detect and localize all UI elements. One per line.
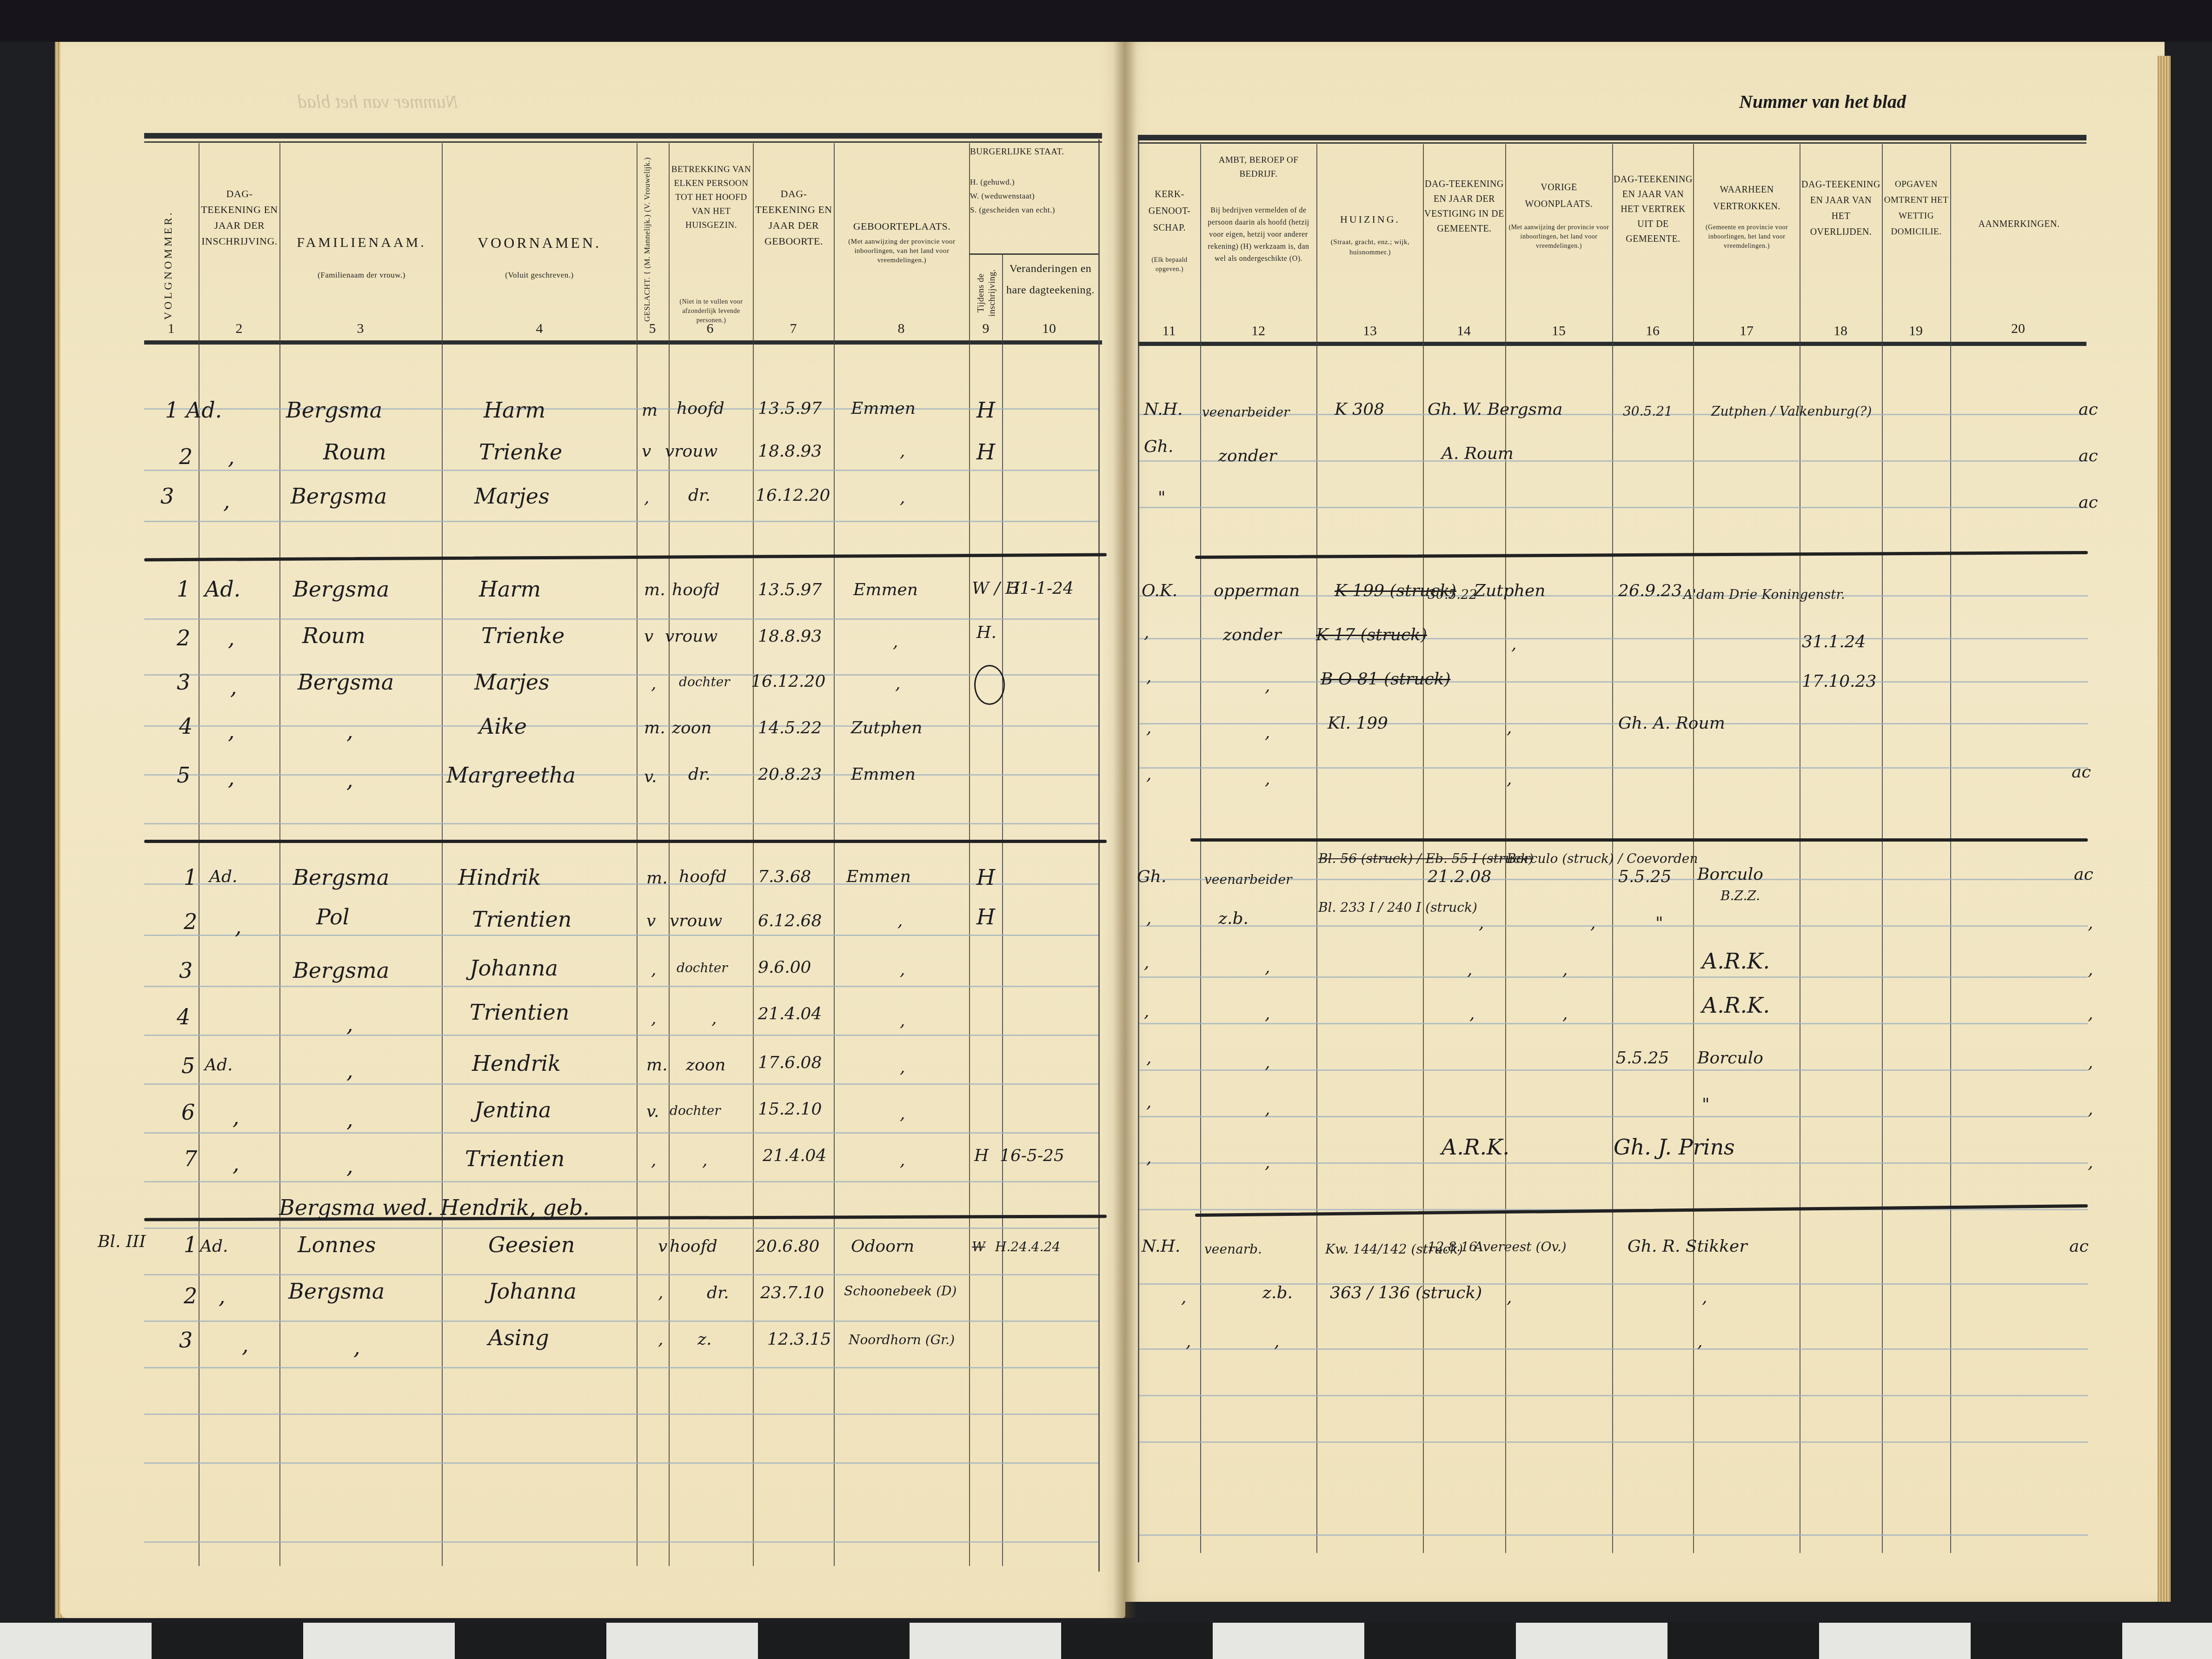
header-bottom-rule-left <box>144 340 1102 345</box>
entry-inschrijving: , <box>232 1104 239 1129</box>
header-col8-note: (Met aanwijzing der provincie voor inboo… <box>836 237 968 265</box>
entry-geslacht: v. <box>644 767 657 786</box>
entry-betrekking: dr. <box>688 765 711 784</box>
entry-aanmerking: ac <box>2069 1237 2089 1256</box>
entry-staat: H <box>976 904 995 929</box>
header-col2: DAG-TEEKENING EN JAAR DER INSCHRIJVING. <box>200 186 279 249</box>
entry-huizing: B O 81 (struck) <box>1321 670 1451 689</box>
header-col1: VOLGNOMMER. <box>160 191 176 339</box>
col-number: 6 <box>696 321 724 337</box>
row-line <box>144 674 1098 676</box>
row-line <box>1139 1023 2088 1024</box>
col-line <box>1612 144 1613 1553</box>
row-line <box>144 1083 1098 1085</box>
header-col17-note: (Gemeente en provincie voor inboorlingen… <box>1694 223 1799 251</box>
row-line <box>144 1367 1098 1368</box>
header-col15: VORIGE WOONPLAATS. <box>1507 179 1611 212</box>
col-line <box>669 143 670 1566</box>
col-number: 2 <box>225 321 253 337</box>
entry-familienaam: Bergsma <box>288 1279 385 1304</box>
entry-geboorte: 20.6.80 <box>756 1237 819 1256</box>
col-line <box>1950 144 1951 1553</box>
entry-geboorteplaats: , <box>900 488 905 507</box>
entry-aanmerking: ac <box>2079 446 2098 465</box>
entry-beroep: , <box>1265 1004 1270 1023</box>
entry-geboorteplaats: Emmen <box>851 765 916 784</box>
header-col13: HUIZING. <box>1318 212 1422 227</box>
margin-note: Bl. III <box>98 1232 146 1251</box>
entry-geboorte: 7.3.68 <box>758 867 811 886</box>
entry-voornamen: Jentina <box>474 1097 551 1122</box>
entry-staat: H <box>976 439 995 465</box>
entry-vorige: , <box>1590 914 1595 933</box>
entry-kerk: , <box>1146 667 1151 686</box>
entry-familienaam: Pol <box>316 904 350 929</box>
entry-kerk: , <box>1144 623 1149 642</box>
col-number: 4 <box>525 321 553 337</box>
entry-familienaam: Bergsma <box>293 958 389 983</box>
entry-betrekking: dr. <box>707 1283 729 1302</box>
entry-geboorteplaats: , <box>900 442 905 461</box>
entry-nr: 3 <box>160 484 174 509</box>
row-line <box>1139 767 2088 769</box>
entry-inschrijving: , <box>235 914 242 939</box>
row-line <box>144 1132 1098 1134</box>
entry-geboorteplaats: , <box>895 674 900 693</box>
page-edges-right <box>2158 56 2171 1602</box>
entry-geboorte: 14.5.22 <box>758 718 822 737</box>
entry-geslacht: v <box>658 1237 667 1256</box>
row-line <box>144 1321 1098 1322</box>
entry-betrekking: vrouw <box>665 627 717 646</box>
entry-inschrijving: , <box>228 718 235 743</box>
entry-kerk: , <box>1146 1148 1151 1168</box>
entry-betrekking: dochter <box>679 674 730 690</box>
col-number: 12 <box>1244 323 1272 339</box>
header-top-thin-right <box>1138 142 2086 144</box>
col-number: 13 <box>1356 323 1384 339</box>
col-line <box>1098 139 1100 1572</box>
entry-familienaam: , <box>346 1107 353 1132</box>
entry-voornamen: Trientien <box>465 1146 565 1171</box>
book-gutter <box>1114 42 1137 1618</box>
row-line <box>144 1462 1098 1464</box>
sheet-number-label: Nummer van het blad <box>1739 91 1906 113</box>
header-col8: GEBOORTEPLAATS. <box>836 219 968 234</box>
entry-familienaam: , <box>346 1153 353 1178</box>
header-col4-note: (Voluit geschreven.) <box>444 270 635 281</box>
entry-voornamen: Hindrik <box>458 865 541 890</box>
ghost-title-bleedthrough: Nummer van het blad <box>298 91 458 113</box>
col-number: 20 <box>2004 321 2032 337</box>
entry-voornamen: Johanna <box>470 956 558 981</box>
entry-geslacht: , <box>658 1283 663 1302</box>
entry-nr: 5 <box>177 763 190 788</box>
entry-familienaam: Bergsma <box>286 398 382 423</box>
entry-kerk: N.H. <box>1144 400 1182 419</box>
entry-geslacht: , <box>651 1151 656 1170</box>
entry-geboorteplaats: , <box>900 1151 905 1170</box>
entry-waarheen: Zutphen / Valkenburg(?) <box>1711 404 1872 419</box>
col-number: 18 <box>1827 323 1854 339</box>
col-number: 10 <box>1035 321 1063 337</box>
entry-aanmerking: , <box>2088 914 2093 933</box>
book-cover-top <box>0 0 2212 42</box>
header-col10: Veranderingen en hare dagteekening. <box>1003 258 1097 301</box>
entry-staat-change: H.24.4.24 <box>995 1239 1060 1254</box>
col-number: 8 <box>887 321 915 337</box>
entry-aanmerking: ac <box>2072 763 2091 782</box>
col-line <box>279 143 280 1566</box>
col-line <box>1800 144 1800 1553</box>
col-number: 14 <box>1450 323 1478 339</box>
entry-vertrek: " <box>1655 914 1663 933</box>
entry-nr: 1 <box>177 577 190 602</box>
row-line <box>144 883 1098 885</box>
entry-nr: 1 <box>184 1232 197 1257</box>
entry-geslacht: m. <box>646 869 668 888</box>
entry-huizing: K 17 (struck) <box>1316 625 1427 644</box>
entry-geboorteplaats: , <box>900 960 905 979</box>
entry-waarheen: A'dam Drie Koningenstr. <box>1683 587 1845 602</box>
header-col17: WAARHEEN VERTROKKEN. <box>1694 181 1799 215</box>
entry-geboorte: 9.6.00 <box>758 958 811 977</box>
entry-inschrijving: , <box>230 674 237 699</box>
row-line <box>144 725 1098 727</box>
entry-waarheen: Borculo <box>1697 865 1763 884</box>
entry-voornamen: Trienke <box>481 623 565 648</box>
entry-nr: 4 <box>177 1004 190 1029</box>
entry-geboorteplaats: , <box>893 632 898 651</box>
entry-familienaam: , <box>346 718 353 743</box>
col-line <box>442 143 443 1566</box>
entry-waarheen: Gh. R. Stikker <box>1627 1237 1747 1256</box>
entry-vertrek: 5.5.25 <box>1616 1048 1669 1068</box>
col-line <box>637 143 638 1566</box>
row-line <box>144 823 1098 824</box>
header-col6: BETREKKING VAN ELKEN PERSOON TOT HET HOO… <box>671 163 752 232</box>
entry-beroep: , <box>1265 1153 1270 1172</box>
row-line <box>1139 1441 2088 1443</box>
entry-familienaam: , <box>353 1334 360 1360</box>
entry-geboorte: 21.4.04 <box>758 1004 822 1023</box>
entry-voornamen: Asing <box>488 1325 549 1350</box>
header-col16: DAG-TEEKENING EN JAAR VAN HET VERTREK UI… <box>1614 172 1693 246</box>
entry-nr: 7 <box>184 1146 197 1171</box>
entry-geboorteplaats: , <box>900 1058 905 1077</box>
entry-aanmerking: , <box>2088 1053 2093 1072</box>
header-col3: FAMILIENAAM. <box>281 235 442 251</box>
entry-vorige: Borculo (struck) / Coevorden <box>1507 851 1698 866</box>
burgerlijke-staat-divider <box>969 253 1098 255</box>
entry-voornamen: Harm <box>479 577 541 602</box>
entry-geboorte: 13.5.97 <box>758 399 822 418</box>
entry-kerk: " <box>1158 488 1166 507</box>
entry-geslacht: v <box>644 627 653 646</box>
burgerlijke-staat-legend-s: S. (gescheiden van echt.) <box>970 205 1098 216</box>
entry-nr: 2 <box>177 625 190 650</box>
entry-waarheen: A.R.K. <box>1702 993 1770 1018</box>
entry-voornamen: Trienke <box>479 439 562 465</box>
block-heading: Bergsma wed. Hendrik, geb. <box>279 1195 590 1220</box>
entry-nr: 3 <box>177 670 190 695</box>
row-line <box>144 774 1098 776</box>
entry-vestiging: , <box>1507 770 1512 789</box>
entry-geboorte: 18.8.93 <box>758 442 822 461</box>
entry-inschrijving: Ad. <box>205 1055 233 1075</box>
row-line <box>1139 1534 2088 1536</box>
entry-geslacht: , <box>651 960 656 979</box>
col-number: 7 <box>779 321 807 337</box>
entry-beroep: z.b. <box>1262 1283 1293 1302</box>
entry-inschrijving: , <box>228 625 235 650</box>
entry-betrekking: vrouw <box>665 442 717 461</box>
header-top-thin-left <box>144 141 1102 143</box>
entry-inschrijving: , <box>219 1283 226 1308</box>
entry-vertrek: 30.5.21 <box>1623 404 1673 419</box>
entry-nr: 2 <box>179 444 193 469</box>
entry-waarheen: , <box>1702 1288 1707 1307</box>
entry-betrekking: vrouw <box>670 911 722 930</box>
entry-aanmerking: , <box>2088 1100 2093 1119</box>
entry-inschrijving: Ad. <box>186 398 222 423</box>
row-line <box>1139 925 2088 927</box>
entry-betrekking: hoofd <box>670 1237 717 1256</box>
entry-geboorteplaats: , <box>897 911 903 930</box>
header-col13-note: (Straat, gracht, enz.; wijk, huisnommer.… <box>1318 237 1422 258</box>
entry-betrekking: hoofd <box>672 580 720 599</box>
entry-vestiging: 21.2.08 <box>1428 867 1491 886</box>
header-col9: Tijdens de inschrijving. <box>976 260 998 325</box>
entry-geslacht: , <box>651 674 656 693</box>
entry-geboorteplaats: Emmen <box>846 867 911 886</box>
entry-kerk: , <box>1186 1332 1191 1351</box>
header-col20: AANMERKINGEN. <box>1952 219 2086 230</box>
entry-staat: H <box>976 398 995 423</box>
entry-vorige: , <box>1562 960 1568 979</box>
entry-familienaam: Lonnes <box>298 1232 376 1257</box>
col-number: 3 <box>346 321 374 337</box>
entry-geboorteplaats: Odoorn <box>851 1237 914 1256</box>
entry-familienaam: Bergsma <box>293 577 389 602</box>
entry-beroep: veenarbeider <box>1202 405 1289 420</box>
row-line <box>144 1541 1098 1543</box>
entry-staat: H <box>976 865 995 890</box>
entry-vorige: Zutphen <box>1474 581 1545 600</box>
entry-vorige: Avereest (Ov.) <box>1474 1239 1567 1254</box>
entry-betrekking: dr. <box>688 486 711 505</box>
header-top-rule-right <box>1138 135 2086 140</box>
entry-aanmerking: , <box>2088 960 2093 979</box>
entry-overlijden: 17.10.23 <box>1802 672 1876 691</box>
entry-vestiging: , <box>1507 1288 1512 1307</box>
entry-nr: 2 <box>184 909 197 934</box>
entry-kerk: , <box>1146 1093 1151 1112</box>
row-line <box>144 986 1098 987</box>
col-number: 16 <box>1639 323 1667 339</box>
entry-geslacht: m. <box>644 580 665 599</box>
entry-betrekking: hoofd <box>677 399 724 418</box>
header-col3-note: (Familienaam der vrouw.) <box>281 270 442 281</box>
header-col11: KERK-GENOOT-SCHAP. <box>1139 186 1200 236</box>
entry-huizing: 363 / 136 (struck) <box>1330 1283 1482 1302</box>
entry-geboorteplaats: , <box>900 1104 905 1123</box>
entry-beroep: , <box>1265 1053 1270 1072</box>
entry-geboorteplaats: Noordhorn (Gr.) <box>849 1332 955 1347</box>
header-col19: OPGAVEN OMTRENT HET WETTIG DOMICILIE. <box>1883 177 1949 240</box>
entry-vorige: Gh. W. Bergsma <box>1428 400 1563 419</box>
row-line <box>144 935 1098 936</box>
row-line <box>144 1228 1098 1229</box>
entry-beroep: veenarb. <box>1204 1241 1262 1257</box>
header-col14: DAG-TEEKENING EN JAAR DER VESTIGING IN D… <box>1424 177 1504 236</box>
col-line <box>199 143 199 1566</box>
header-col5: GESLACHT. { (M. Mannelijk.) (V. Vrouweli… <box>642 146 653 332</box>
family-block-separator <box>144 840 1107 843</box>
header-col7: DAG-TEEKENING EN JAAR DER GEBOORTE. <box>754 186 833 249</box>
col-line <box>1316 144 1317 1553</box>
col-number: 11 <box>1155 323 1183 339</box>
entry-vestiging: , <box>1479 914 1484 933</box>
row-line <box>1139 1069 2088 1071</box>
row-line <box>1139 1116 2088 1117</box>
entry-geboorte: 12.3.15 <box>767 1330 831 1349</box>
entry-geboorte: 23.7.10 <box>760 1283 824 1302</box>
entry-voornamen: Hendrik <box>472 1051 561 1076</box>
entry-betrekking: z. <box>697 1330 711 1349</box>
col-number: 15 <box>1545 323 1573 339</box>
calibration-checkerboard <box>0 1623 2212 1659</box>
entry-geboorte: 6.12.68 <box>758 911 822 930</box>
entry-waarheen: B.Z.Z. <box>1720 888 1760 903</box>
entry-geboorteplaats: Zutphen <box>851 718 922 737</box>
entry-geboorteplaats: , <box>900 1011 905 1030</box>
entry-beroep: , <box>1265 958 1270 977</box>
row-line <box>1139 723 2088 724</box>
row-line <box>144 1181 1098 1182</box>
entry-familienaam: Bergsma <box>298 670 394 695</box>
entry-voornamen: Johanna <box>488 1279 577 1304</box>
entry-staat-change: 31-1-24 <box>1009 579 1074 598</box>
entry-nr: 1 <box>165 398 179 423</box>
entry-voornamen: Trientien <box>470 1000 569 1025</box>
right-page <box>1125 42 2165 1602</box>
entry-geboorte: 20.8.23 <box>758 765 822 784</box>
entry-aanmerking: ac <box>2079 493 2098 512</box>
entry-huizing: Kl. 199 <box>1328 714 1388 733</box>
entry-voornamen: Harm <box>484 398 545 423</box>
col-number: 1 <box>157 321 185 337</box>
header-col15-note: (Met aanwijzing der provincie voor inboo… <box>1507 223 1611 251</box>
entry-beroep: zonder <box>1223 625 1281 644</box>
entry-kerk: , <box>1144 953 1149 972</box>
entry-familienaam: , <box>346 767 353 792</box>
entry-betrekking: , <box>711 1009 717 1028</box>
entry-kerk: , <box>1146 718 1151 737</box>
entry-geslacht: , <box>658 1330 663 1349</box>
entry-beroep: , <box>1265 770 1270 789</box>
entry-geslacht: v. <box>646 1102 659 1121</box>
entry-inschrijving: , <box>228 765 235 790</box>
entry-vestiging: 30.5.22 <box>1428 587 1477 602</box>
entry-geboorte: 16.12.20 <box>751 672 825 691</box>
row-line <box>1139 638 2088 639</box>
row-line <box>144 470 1098 471</box>
entry-kerk: , <box>1181 1288 1186 1307</box>
entry-vestiging: , <box>1507 718 1512 737</box>
row-line <box>144 1035 1098 1036</box>
entry-beroep: z.b. <box>1218 909 1249 928</box>
col-line <box>1693 144 1694 1553</box>
row-line <box>1139 681 2088 683</box>
entry-betrekking: zoon <box>686 1055 726 1075</box>
entry-betrekking: zoon <box>672 718 712 737</box>
entry-voornamen: Marjes <box>474 670 550 695</box>
entry-betrekking: hoofd <box>679 867 727 886</box>
entry-staat: H. <box>976 623 996 642</box>
entry-familienaam: Roum <box>323 439 386 465</box>
entry-inschrijving: , <box>228 444 235 469</box>
entry-aanmerking: , <box>2088 1004 2093 1023</box>
entry-vestiging: , <box>1467 960 1472 979</box>
entry-familienaam: , <box>346 1058 353 1083</box>
col-line <box>1505 144 1506 1553</box>
entry-nr: 2 <box>184 1283 197 1308</box>
entry-geboorteplaats: Emmen <box>853 580 918 599</box>
entry-familienaam: Roum <box>302 623 365 648</box>
entry-geslacht: , <box>644 488 649 507</box>
entry-nr: 1 <box>184 865 197 890</box>
entry-staat-change: 16-5-25 <box>1000 1146 1064 1165</box>
col-line <box>834 143 835 1566</box>
entry-huizing: Bl. 56 (struck) / Eb. 55 I (struck) <box>1318 851 1534 866</box>
entry-geboorte: 15.2.10 <box>758 1100 822 1119</box>
entry-nr: 3 <box>179 1327 193 1353</box>
header-col18: DAG-TEEKENING EN JAAR VAN HET OVERLIJDEN… <box>1801 177 1881 240</box>
entry-geboorteplaats: Schoonebeek (D) <box>844 1283 957 1299</box>
row-line <box>1139 1348 2088 1350</box>
header-col12-note: Bij bedrijven vermelden of de persoon da… <box>1202 205 1315 265</box>
entry-vertrek: 26.9.23 <box>1618 581 1682 600</box>
entry-geboorte: 18.8.93 <box>758 627 822 646</box>
entry-voornamen: Geesien <box>488 1232 575 1257</box>
col-line <box>1200 144 1201 1553</box>
entry-staat: H <box>974 1146 989 1165</box>
entry-waarheen: " <box>1702 1095 1710 1114</box>
row-line <box>1139 460 2088 462</box>
entry-beroep: , <box>1274 1332 1279 1351</box>
entry-aanmerking: ac <box>2079 400 2098 419</box>
entry-nr: 3 <box>179 958 193 983</box>
entry-vorige: A. Roum <box>1441 444 1514 463</box>
col-line <box>1423 144 1424 1553</box>
burgerlijke-staat-legend-h: H. (gehuwd.) <box>970 177 1098 188</box>
entry-aanmerking: , <box>2088 1153 2093 1172</box>
entry-vorige: , <box>1562 1004 1568 1023</box>
row-line <box>144 1274 1098 1275</box>
entry-kerk: Gh. <box>1144 437 1173 456</box>
header-top-rule-left <box>144 133 1102 139</box>
entry-geslacht: , <box>651 1009 656 1028</box>
entry-voornamen: Margreetha <box>446 763 576 788</box>
entry-geboorte: 21.4.04 <box>763 1146 826 1165</box>
burgerlijke-staat-title: BURGERLIJKE STAAT. <box>970 146 1098 158</box>
row-line <box>144 618 1098 620</box>
burgerlijke-staat-legend-w: W. (weduwenstaat) <box>970 191 1098 202</box>
entry-betrekking: , <box>702 1151 707 1170</box>
entry-inschrijving: Ad. <box>200 1237 228 1256</box>
entry-geslacht: m. <box>644 718 665 737</box>
